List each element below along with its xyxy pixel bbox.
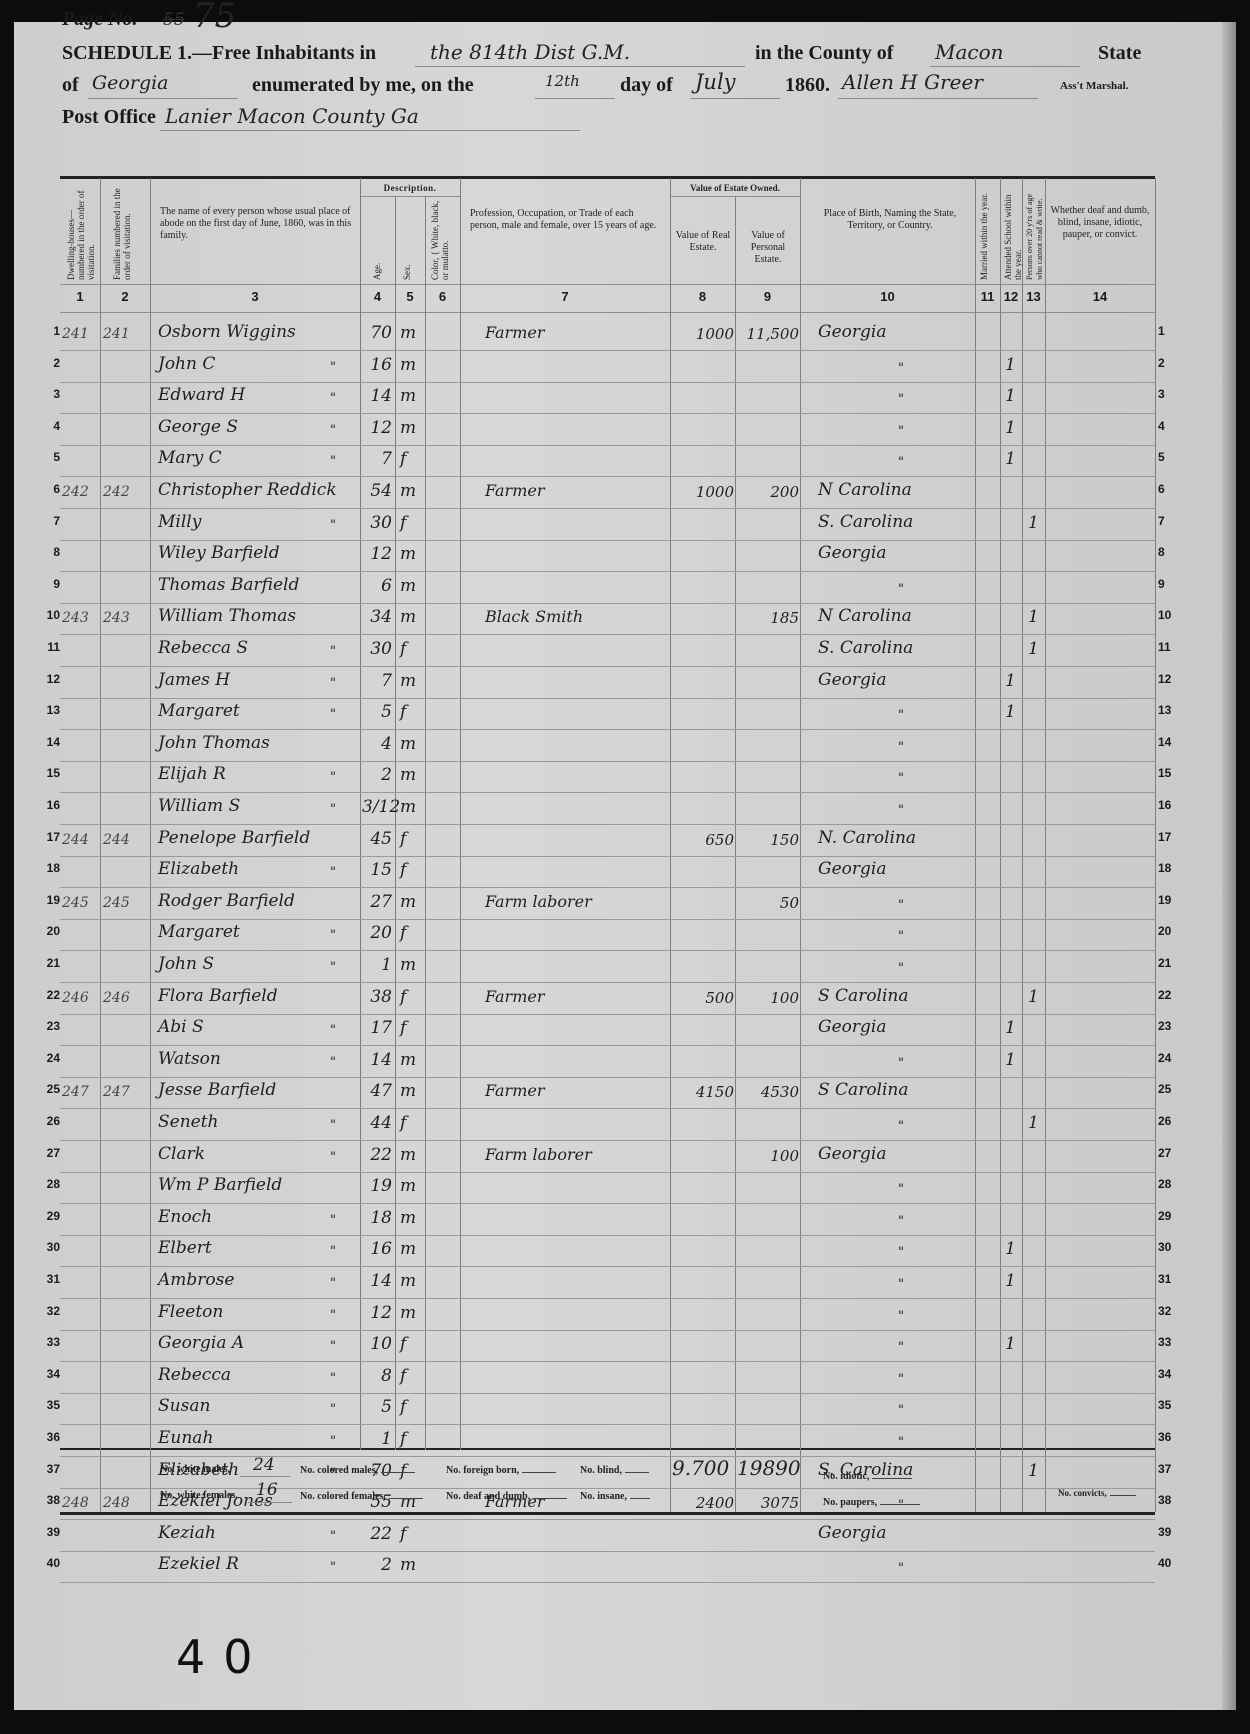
person-name: Clark bbox=[158, 1144, 205, 1164]
age: 30 bbox=[362, 513, 392, 533]
surname-ditto: " bbox=[330, 1529, 336, 1544]
birthplace: " bbox=[898, 1340, 904, 1355]
personal-estate-value: 100 bbox=[737, 1147, 799, 1165]
birthplace: " bbox=[898, 361, 904, 376]
birthplace: N Carolina bbox=[818, 480, 912, 500]
surname-ditto: " bbox=[330, 770, 336, 785]
person-name: Rodger Barfield bbox=[158, 891, 295, 911]
birthplace: N. Carolina bbox=[818, 828, 916, 848]
dwelling-number: 247 bbox=[62, 1084, 89, 1100]
school-mark: 1 bbox=[1005, 1018, 1016, 1038]
row-number-right: 23 bbox=[1158, 1019, 1182, 1033]
col-real-estate-header: Value of Real Estate. bbox=[675, 230, 731, 254]
sex: m bbox=[400, 1303, 416, 1323]
person-name: Eunah bbox=[158, 1428, 213, 1448]
row-number-right: 3 bbox=[1158, 387, 1182, 401]
enumeration-month: July bbox=[695, 70, 736, 94]
row-number-left: 31 bbox=[46, 1272, 60, 1286]
birthplace: " bbox=[898, 1245, 904, 1260]
row-rule bbox=[60, 666, 1155, 667]
row-number-right: 37 bbox=[1158, 1462, 1182, 1476]
person-name: George S bbox=[158, 417, 238, 437]
row-number-left: 40 bbox=[46, 1556, 60, 1570]
row-number-left: 1 bbox=[46, 324, 60, 338]
row-number-left: 15 bbox=[46, 766, 60, 780]
age: 12 bbox=[362, 418, 392, 438]
family-number: 246 bbox=[103, 990, 130, 1006]
family-number: 244 bbox=[103, 832, 130, 848]
colored-females-text: No. colored females, bbox=[300, 1491, 386, 1502]
row-number-left: 12 bbox=[46, 672, 60, 686]
deaf-dumb-label: No. deaf and dumb, bbox=[446, 1490, 567, 1502]
county-name: Macon bbox=[935, 40, 1004, 64]
age: 2 bbox=[362, 1555, 392, 1575]
row-number-right: 31 bbox=[1158, 1272, 1182, 1286]
page-total-count: 40 bbox=[176, 1630, 271, 1684]
birthplace: N Carolina bbox=[818, 606, 912, 626]
person-name: William Thomas bbox=[158, 606, 296, 626]
dwelling-number: 246 bbox=[62, 990, 89, 1006]
occupation: Farmer bbox=[485, 1081, 545, 1100]
row-rule bbox=[60, 982, 1155, 983]
sex: m bbox=[400, 1208, 416, 1228]
row-number-right: 5 bbox=[1158, 450, 1182, 464]
birthplace: Georgia bbox=[818, 1144, 886, 1164]
age: 22 bbox=[362, 1524, 392, 1544]
family-number: 243 bbox=[103, 610, 130, 626]
row-number-left: 8 bbox=[46, 545, 60, 559]
sex: m bbox=[400, 355, 416, 375]
surname-ditto: " bbox=[330, 928, 336, 943]
row-number-left: 21 bbox=[46, 956, 60, 970]
family-number: 248 bbox=[103, 1495, 130, 1511]
age: 14 bbox=[362, 1271, 392, 1291]
row-number-right: 35 bbox=[1158, 1398, 1182, 1412]
schedule-title: SCHEDULE 1.—Free Inhabitants in bbox=[62, 42, 376, 65]
birthplace: " bbox=[898, 1182, 904, 1197]
surname-ditto: " bbox=[330, 391, 336, 406]
row-number-left: 11 bbox=[46, 640, 60, 654]
enumerated-label: enumerated by me, on the bbox=[252, 74, 474, 97]
school-mark: 1 bbox=[1005, 1271, 1016, 1291]
convicts-text: No. convicts, bbox=[1058, 1488, 1107, 1498]
row-rule bbox=[60, 1519, 1155, 1520]
age: 2 bbox=[362, 765, 392, 785]
row-number-right: 9 bbox=[1158, 577, 1182, 591]
row-number-left: 5 bbox=[46, 450, 60, 464]
idiotic-label: No. idiotic, bbox=[823, 1470, 912, 1482]
row-number-right: 8 bbox=[1158, 545, 1182, 559]
surname-ditto: " bbox=[330, 454, 336, 469]
row-rule bbox=[60, 350, 1155, 351]
row-number-right: 12 bbox=[1158, 672, 1182, 686]
illiterate-mark: 1 bbox=[1028, 607, 1039, 627]
row-number-left: 10 bbox=[46, 608, 60, 622]
surname-ditto: " bbox=[330, 1244, 336, 1259]
page-edge bbox=[1222, 22, 1236, 1716]
surname-ditto: " bbox=[330, 1276, 336, 1291]
row-number-right: 19 bbox=[1158, 893, 1182, 907]
row-number-left: 18 bbox=[46, 861, 60, 875]
real-estate-total: 9.700 bbox=[672, 1456, 729, 1480]
row-number-left: 29 bbox=[46, 1209, 60, 1223]
colored-females-label: No. colored females, bbox=[300, 1490, 423, 1502]
row-number-right: 4 bbox=[1158, 419, 1182, 433]
row-number-left: 2 bbox=[46, 356, 60, 370]
surname-ditto: " bbox=[330, 1402, 336, 1417]
row-number-right: 29 bbox=[1158, 1209, 1182, 1223]
col-family-header: Families numbered in the order of visita… bbox=[112, 185, 142, 280]
marshal-signature: Allen H Greer bbox=[842, 70, 983, 94]
person-name: John S bbox=[158, 954, 214, 974]
real-estate-value: 4150 bbox=[672, 1083, 734, 1101]
person-name: Margaret bbox=[158, 922, 240, 942]
row-number-right: 22 bbox=[1158, 988, 1182, 1002]
row-number-left: 35 bbox=[46, 1398, 60, 1412]
age: 16 bbox=[362, 1239, 392, 1259]
surname-ditto: " bbox=[330, 865, 336, 880]
description-header: Description. bbox=[362, 182, 458, 194]
age: 70 bbox=[362, 323, 392, 343]
person-name: Wm P Barfield bbox=[158, 1175, 282, 1195]
of-label: of bbox=[62, 74, 79, 97]
dwelling-number: 241 bbox=[62, 326, 89, 342]
sex: m bbox=[400, 671, 416, 691]
col-number-7: 7 bbox=[460, 289, 670, 304]
surname-ditto: " bbox=[330, 360, 336, 375]
school-mark: 1 bbox=[1005, 1239, 1016, 1259]
row-rule bbox=[60, 729, 1155, 730]
col-illiterate-header: Persons over 20 y'rs of age who cannot r… bbox=[1025, 185, 1043, 280]
row-number-left: 25 bbox=[46, 1082, 60, 1096]
sex: m bbox=[400, 544, 416, 564]
row-number-right: 40 bbox=[1158, 1556, 1182, 1570]
age: 45 bbox=[362, 829, 392, 849]
row-number-left: 24 bbox=[46, 1051, 60, 1065]
dwelling-number: 244 bbox=[62, 832, 89, 848]
sex: m bbox=[400, 1081, 416, 1101]
age: 6 bbox=[362, 576, 392, 596]
surname-ditto: " bbox=[330, 1150, 336, 1165]
surname-ditto: " bbox=[330, 676, 336, 691]
age: 30 bbox=[362, 639, 392, 659]
birthplace: Georgia bbox=[818, 1017, 886, 1037]
row-number-left: 4 bbox=[46, 419, 60, 433]
row-number-left: 6 bbox=[46, 482, 60, 496]
sex: m bbox=[400, 418, 416, 438]
col-number-8: 8 bbox=[670, 289, 735, 304]
birthplace: " bbox=[898, 708, 904, 723]
convicts-label: No. convicts, bbox=[1058, 1487, 1136, 1498]
row-rule bbox=[60, 1266, 1155, 1267]
birthplace: " bbox=[898, 898, 904, 913]
birthplace: " bbox=[898, 1056, 904, 1071]
row-rule bbox=[60, 1014, 1155, 1015]
person-name: Ambrose bbox=[158, 1270, 234, 1290]
person-name: Susan bbox=[158, 1396, 210, 1416]
surname-ditto: " bbox=[330, 802, 336, 817]
sex: m bbox=[400, 576, 416, 596]
col-number-13: 13 bbox=[1022, 289, 1045, 304]
row-rule bbox=[60, 761, 1155, 762]
row-number-right: 1 bbox=[1158, 324, 1182, 338]
colored-males-label: No. colored males, bbox=[300, 1464, 415, 1476]
post-office-name: Lanier Macon County Ga bbox=[165, 104, 419, 128]
school-mark: 1 bbox=[1005, 449, 1016, 469]
row-number-left: 27 bbox=[46, 1146, 60, 1160]
row-number-right: 20 bbox=[1158, 924, 1182, 938]
person-name: Elizabeth bbox=[158, 859, 239, 879]
row-number-right: 13 bbox=[1158, 703, 1182, 717]
real-estate-value: 1000 bbox=[672, 325, 734, 343]
row-rule bbox=[60, 1235, 1155, 1236]
birthplace: " bbox=[898, 1403, 904, 1418]
row-number-right: 16 bbox=[1158, 798, 1182, 812]
occupation: Farm laborer bbox=[485, 892, 592, 911]
personal-estate-value: 185 bbox=[737, 609, 799, 627]
col-name-header: The name of every person whose usual pla… bbox=[160, 206, 355, 242]
surname-ditto: " bbox=[330, 1371, 336, 1386]
row-rule bbox=[60, 1203, 1155, 1204]
row-rule bbox=[60, 571, 1155, 572]
age: 5 bbox=[362, 1397, 392, 1417]
birthplace: " bbox=[898, 771, 904, 786]
row-number-right: 25 bbox=[1158, 1082, 1182, 1096]
row-number-left: 38 bbox=[46, 1493, 60, 1507]
birthplace: " bbox=[898, 929, 904, 944]
row-rule bbox=[60, 1172, 1155, 1173]
school-mark: 1 bbox=[1005, 418, 1016, 438]
surname-ditto: " bbox=[330, 1339, 336, 1354]
row-rule bbox=[60, 603, 1155, 604]
age: 4 bbox=[362, 734, 392, 754]
personal-estate-value: 100 bbox=[737, 989, 799, 1007]
person-name: Osborn Wiggins bbox=[158, 322, 296, 342]
row-number-left: 19 bbox=[46, 893, 60, 907]
birthplace: Georgia bbox=[818, 322, 886, 342]
white-males-label: No. white males, bbox=[160, 1464, 230, 1475]
white-females-count: 16 bbox=[256, 1480, 278, 1500]
birthplace: " bbox=[898, 392, 904, 407]
person-name: Edward H bbox=[158, 385, 245, 405]
sex: m bbox=[400, 955, 416, 975]
birthplace: " bbox=[898, 803, 904, 818]
surname-ditto: " bbox=[330, 1560, 336, 1575]
row-number-left: 7 bbox=[46, 514, 60, 528]
birthplace: " bbox=[898, 1372, 904, 1387]
birthplace: " bbox=[898, 1214, 904, 1229]
civil-division: the 814th Dist G.M. bbox=[430, 40, 630, 64]
real-estate-value: 650 bbox=[672, 831, 734, 849]
sex: m bbox=[400, 1145, 416, 1165]
school-mark: 1 bbox=[1005, 1050, 1016, 1070]
sex: f bbox=[400, 1397, 406, 1417]
age: 7 bbox=[362, 671, 392, 691]
enumeration-year: 1860. bbox=[785, 74, 830, 97]
row-number-left: 39 bbox=[46, 1525, 60, 1539]
age: 10 bbox=[362, 1334, 392, 1354]
person-name: Elbert bbox=[158, 1238, 212, 1258]
age: 47 bbox=[362, 1081, 392, 1101]
row-number-left: 22 bbox=[46, 988, 60, 1002]
person-name: Georgia A bbox=[158, 1333, 244, 1353]
row-number-left: 17 bbox=[46, 830, 60, 844]
row-rule bbox=[60, 698, 1155, 699]
col-number-4: 4 bbox=[360, 289, 395, 304]
row-rule bbox=[60, 413, 1155, 414]
person-name: Rebecca S bbox=[158, 638, 248, 658]
row-rule bbox=[60, 476, 1155, 477]
row-number-left: 34 bbox=[46, 1367, 60, 1381]
row-number-left: 33 bbox=[46, 1335, 60, 1349]
blind-text: No. blind, bbox=[580, 1465, 622, 1476]
sex: m bbox=[400, 481, 416, 501]
sex: f bbox=[400, 1524, 406, 1544]
person-name: Milly bbox=[158, 512, 201, 532]
surname-ditto: " bbox=[330, 518, 336, 533]
family-number: 245 bbox=[103, 895, 130, 911]
age: 34 bbox=[362, 607, 392, 627]
sex: m bbox=[400, 797, 416, 817]
sex: m bbox=[400, 1176, 416, 1196]
row-number-left: 28 bbox=[46, 1177, 60, 1191]
real-estate-value: 2400 bbox=[672, 1494, 734, 1512]
row-number-right: 6 bbox=[1158, 482, 1182, 496]
row-rule bbox=[60, 1456, 1155, 1457]
paupers-text: No. paupers, bbox=[823, 1497, 877, 1508]
col-occupation-header: Profession, Occupation, or Trade of each… bbox=[470, 208, 665, 232]
row-rule bbox=[60, 919, 1155, 920]
birthplace: Georgia bbox=[818, 859, 886, 879]
family-number: 247 bbox=[103, 1084, 130, 1100]
age: 16 bbox=[362, 355, 392, 375]
col-number-9: 9 bbox=[735, 289, 800, 304]
row-number-right: 15 bbox=[1158, 766, 1182, 780]
row-rule bbox=[60, 824, 1155, 825]
person-name: James H bbox=[158, 670, 230, 690]
enumeration-day: 12th bbox=[545, 72, 580, 90]
sex: f bbox=[400, 987, 406, 1007]
row-number-right: 38 bbox=[1158, 1493, 1182, 1507]
row-number-right: 14 bbox=[1158, 735, 1182, 749]
school-mark: 1 bbox=[1005, 671, 1016, 691]
sex: f bbox=[400, 449, 406, 469]
illiterate-mark: 1 bbox=[1028, 513, 1039, 533]
insane-label: No. insane, bbox=[580, 1490, 650, 1502]
row-rule bbox=[60, 1108, 1155, 1109]
row-rule bbox=[60, 508, 1155, 509]
occupation: Farmer bbox=[485, 481, 545, 500]
sex: m bbox=[400, 765, 416, 785]
row-number-left: 3 bbox=[46, 387, 60, 401]
row-rule bbox=[60, 1393, 1155, 1394]
scan-border bbox=[0, 1710, 1250, 1734]
row-number-left: 23 bbox=[46, 1019, 60, 1033]
personal-estate-value: 150 bbox=[737, 831, 799, 849]
dwelling-number: 242 bbox=[62, 484, 89, 500]
birthplace: S. Carolina bbox=[818, 638, 913, 658]
row-rule bbox=[60, 634, 1155, 635]
row-rule bbox=[60, 1551, 1155, 1552]
row-number-right: 2 bbox=[1158, 356, 1182, 370]
col-school-header: Attended School within the year. bbox=[1003, 185, 1021, 280]
col-number-2: 2 bbox=[100, 289, 150, 304]
row-rule bbox=[60, 1140, 1155, 1141]
person-name: William S bbox=[158, 796, 240, 816]
row-rule bbox=[60, 1582, 1155, 1583]
birthplace: " bbox=[898, 1277, 904, 1292]
row-rule bbox=[60, 856, 1155, 857]
surname-ditto: " bbox=[330, 960, 336, 975]
birthplace: " bbox=[898, 1119, 904, 1134]
row-number-left: 16 bbox=[46, 798, 60, 812]
birthplace: " bbox=[898, 961, 904, 976]
col-number-3: 3 bbox=[150, 289, 360, 304]
row-rule bbox=[60, 1298, 1155, 1299]
col-number-11: 11 bbox=[975, 289, 1000, 304]
birthplace: " bbox=[898, 1561, 904, 1576]
person-name: Keziah bbox=[158, 1523, 216, 1543]
col-number-14: 14 bbox=[1045, 289, 1155, 304]
person-name: Rebecca bbox=[158, 1365, 231, 1385]
col-number-5: 5 bbox=[395, 289, 425, 304]
sex: f bbox=[400, 1113, 406, 1133]
foreign-born-text: No. foreign born, bbox=[446, 1465, 519, 1476]
person-name: Watson bbox=[158, 1049, 221, 1069]
occupation: Black Smith bbox=[485, 607, 583, 626]
row-number-right: 7 bbox=[1158, 514, 1182, 528]
sex: f bbox=[400, 1366, 406, 1386]
dwelling-number: 243 bbox=[62, 610, 89, 626]
col-personal-estate-header: Value of Personal Estate. bbox=[740, 230, 796, 266]
row-number-right: 21 bbox=[1158, 956, 1182, 970]
row-number-left: 36 bbox=[46, 1430, 60, 1444]
row-rule bbox=[60, 792, 1155, 793]
birthplace: S. Carolina bbox=[818, 512, 913, 532]
sex: m bbox=[400, 386, 416, 406]
illiterate-mark: 1 bbox=[1028, 987, 1039, 1007]
sex: f bbox=[400, 513, 406, 533]
state-label: State bbox=[1098, 42, 1141, 65]
row-rule bbox=[60, 1330, 1155, 1331]
row-number-left: 14 bbox=[46, 735, 60, 749]
sex: m bbox=[400, 1050, 416, 1070]
age: 27 bbox=[362, 892, 392, 912]
row-rule bbox=[60, 887, 1155, 888]
row-number-right: 39 bbox=[1158, 1525, 1182, 1539]
blind-label: No. blind, bbox=[580, 1464, 649, 1476]
surname-ditto: " bbox=[330, 644, 336, 659]
birthplace: " bbox=[898, 1309, 904, 1324]
real-estate-value: 500 bbox=[672, 989, 734, 1007]
age: 19 bbox=[362, 1176, 392, 1196]
white-females-label: No. white females, bbox=[160, 1490, 238, 1501]
age: 54 bbox=[362, 481, 392, 501]
person-name: Mary C bbox=[158, 448, 222, 468]
row-rule bbox=[60, 1424, 1155, 1425]
row-number-right: 17 bbox=[1158, 830, 1182, 844]
sex: f bbox=[400, 1429, 406, 1449]
sex: f bbox=[400, 1334, 406, 1354]
person-name: John C bbox=[158, 354, 215, 374]
foreign-born-label: No. foreign born, bbox=[446, 1464, 556, 1476]
personal-estate-value: 4530 bbox=[737, 1083, 799, 1101]
person-name: Christopher Reddick bbox=[158, 480, 337, 500]
colored-males-text: No. colored males, bbox=[300, 1465, 378, 1476]
age: 15 bbox=[362, 860, 392, 880]
idiotic-text: No. idiotic, bbox=[823, 1471, 869, 1482]
dwelling-number: 248 bbox=[62, 1495, 89, 1511]
